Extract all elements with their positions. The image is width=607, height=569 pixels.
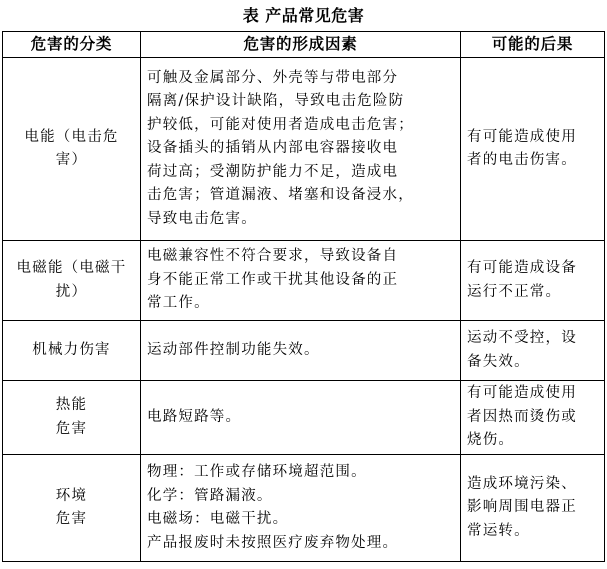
factors-cell: 可触及金属部分、外壳等与带电部分 隔离/保护设计缺陷，导致电击危险防 护较低，可… xyxy=(141,58,461,241)
category-cell: 电能（电击危 害） xyxy=(3,58,141,241)
factor-line: 运动部件控制功能失效。 xyxy=(147,339,454,363)
result-line: 有可能造成使用 xyxy=(467,382,598,406)
factor-line: 设备插头的插销从内部电容器接收电 xyxy=(147,137,454,161)
category-cell: 环境 危害 xyxy=(3,455,141,562)
result-line: 有可能造成设备 xyxy=(467,257,598,281)
result-cell: 有可能造成使用 者因热而烫伤或 烧伤。 xyxy=(461,381,605,455)
result-cell: 有可能造成使用 者的电击伤害。 xyxy=(461,58,605,241)
factor-line: 身不能正常工作或干扰其他设备的正 xyxy=(147,269,454,293)
header-factors: 危害的形成因素 xyxy=(141,32,461,58)
factor-line: 电磁兼容性不符合要求，导致设备自 xyxy=(147,245,454,269)
header-result: 可能的后果 xyxy=(461,32,605,58)
table-caption: 表 产品常见危害 xyxy=(0,4,607,28)
factors-cell: 电磁兼容性不符合要求，导致设备自 身不能正常工作或干扰其他设备的正 常工作。 xyxy=(141,241,461,321)
table-row: 环境 危害 物理：工作或存储环境超范围。 化学：管路漏液。 电磁场：电磁干扰。 … xyxy=(3,455,605,562)
category-line: 危害 xyxy=(9,508,134,532)
header-category: 危害的分类 xyxy=(3,32,141,58)
hazard-table: 危害的分类 危害的形成因素 可能的后果 电能（电击危 害） 可触及金属部分、外壳… xyxy=(2,31,605,562)
factor-line: 击危害；管道漏液、堵塞和设备浸水， xyxy=(147,184,454,208)
category-line: 电磁能（电磁干 xyxy=(9,257,134,281)
result-line: 运动不受控，设 xyxy=(467,327,598,351)
factor-line: 产品报废时未按照医疗废弃物处理。 xyxy=(147,532,454,556)
result-line: 备失效。 xyxy=(467,351,598,375)
result-line: 常运转。 xyxy=(467,520,598,544)
category-line: 热能 xyxy=(9,394,134,418)
factor-line: 护较低，可能对使用者造成电击危害； xyxy=(147,114,454,138)
result-line: 造成环境污染、 xyxy=(467,473,598,497)
result-line: 有可能造成使用 xyxy=(467,126,598,150)
category-cell: 机械力伤害 xyxy=(3,321,141,381)
category-line: 危害 xyxy=(9,418,134,442)
category-line: 环境 xyxy=(9,485,134,509)
factors-cell: 电路短路等。 xyxy=(141,381,461,455)
factor-line: 导致电击危害。 xyxy=(147,208,454,232)
factor-line: 可触及金属部分、外壳等与带电部分 xyxy=(147,67,454,91)
factor-line: 常工作。 xyxy=(147,292,454,316)
factors-cell: 物理：工作或存储环境超范围。 化学：管路漏液。 电磁场：电磁干扰。 产品报废时未… xyxy=(141,455,461,562)
result-line: 者因热而烫伤或 xyxy=(467,406,598,430)
result-line: 影响周围电器正 xyxy=(467,496,598,520)
result-line: 运行不正常。 xyxy=(467,281,598,305)
factor-line: 物理：工作或存储环境超范围。 xyxy=(147,461,454,485)
factor-line: 隔离/保护设计缺陷，导致电击危险防 xyxy=(147,90,454,114)
factor-line: 化学：管路漏液。 xyxy=(147,485,454,509)
table-row: 机械力伤害 运动部件控制功能失效。 运动不受控，设 备失效。 xyxy=(3,321,605,381)
category-line: 扰） xyxy=(9,281,134,305)
table-row: 热能 危害 电路短路等。 有可能造成使用 者因热而烫伤或 烧伤。 xyxy=(3,381,605,455)
category-line: 害） xyxy=(9,149,134,173)
factor-line: 电磁场：电磁干扰。 xyxy=(147,508,454,532)
result-line: 烧伤。 xyxy=(467,429,598,453)
category-line: 电能（电击危 xyxy=(9,126,134,150)
factor-line: 电路短路等。 xyxy=(147,406,454,430)
table-header-row: 危害的分类 危害的形成因素 可能的后果 xyxy=(3,32,605,58)
factors-cell: 运动部件控制功能失效。 xyxy=(141,321,461,381)
table-row: 电磁能（电磁干 扰） 电磁兼容性不符合要求，导致设备自 身不能正常工作或干扰其他… xyxy=(3,241,605,321)
table-row: 电能（电击危 害） 可触及金属部分、外壳等与带电部分 隔离/保护设计缺陷，导致电… xyxy=(3,58,605,241)
result-cell: 运动不受控，设 备失效。 xyxy=(461,321,605,381)
category-cell: 热能 危害 xyxy=(3,381,141,455)
category-line: 机械力伤害 xyxy=(9,339,134,363)
result-cell: 造成环境污染、 影响周围电器正 常运转。 xyxy=(461,455,605,562)
factor-line: 荷过高；受潮防护能力不足，造成电 xyxy=(147,161,454,185)
category-cell: 电磁能（电磁干 扰） xyxy=(3,241,141,321)
result-line: 者的电击伤害。 xyxy=(467,149,598,173)
result-cell: 有可能造成设备 运行不正常。 xyxy=(461,241,605,321)
